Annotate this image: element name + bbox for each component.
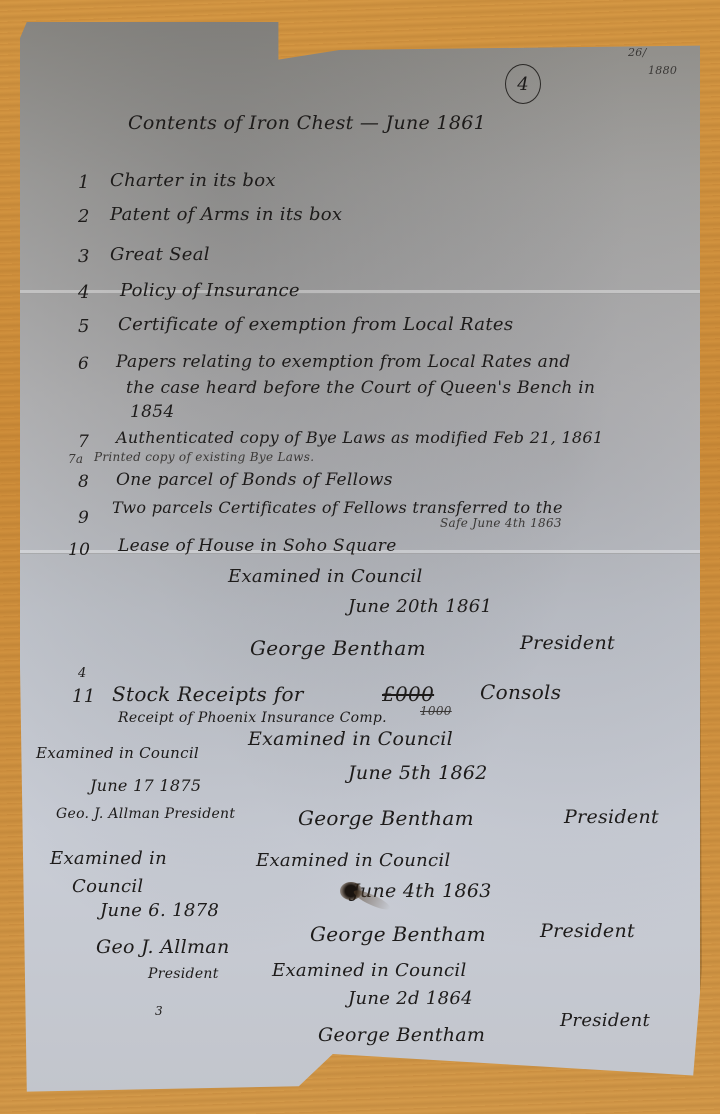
struck-amount: £000 — [382, 682, 434, 706]
list-item: One parcel of Bonds of Fellows — [116, 470, 393, 490]
list-item-subtext: Receipt of Phoenix Insurance Comp. — [118, 710, 387, 726]
list-item-continuation: 1854 — [130, 402, 174, 422]
list-item-number: 9 — [78, 508, 89, 528]
document-title: Contents of Iron Chest — June 1861 — [128, 112, 486, 134]
list-item: Certificate of exemption from Local Rate… — [118, 314, 513, 335]
list-item: Policy of Insurance — [120, 280, 300, 301]
list-item: Papers relating to exemption from Local … — [116, 352, 571, 372]
signature-title: President — [560, 1010, 650, 1031]
list-item-superscript: 4 — [78, 666, 87, 681]
circled-folio-number: 4 — [505, 64, 541, 104]
signature: George Bentham — [318, 1024, 485, 1046]
list-item-number: 7a — [68, 452, 83, 466]
list-item: Two parcels Certificates of Fellows tran… — [112, 498, 563, 517]
examination-date: June 6. 1878 — [100, 900, 219, 921]
list-item: Charter in its box — [110, 170, 276, 191]
list-item: Consols — [480, 680, 561, 704]
examination-line: Examined in Council — [256, 850, 451, 871]
corrected-amount: 1000 — [420, 704, 452, 718]
signature-title: President — [148, 966, 219, 982]
corner-reference-bottom: 1880 — [648, 64, 677, 77]
signature-title: President — [520, 632, 615, 654]
list-item-number: 1 — [78, 172, 90, 193]
list-item: Authenticated copy of Bye Laws as modifi… — [116, 428, 603, 447]
examination-date: June 2d 1864 — [348, 988, 473, 1009]
list-item-continuation: the case heard before the Court of Queen… — [126, 378, 595, 398]
examination-line: Examined in Council — [272, 960, 467, 981]
examination-date: June 17 1875 — [90, 776, 201, 795]
list-item: Patent of Arms in its box — [110, 204, 342, 225]
signature: George Bentham — [310, 922, 486, 946]
signature: George Bentham — [298, 806, 474, 830]
signature: Geo. J. Allman President — [56, 806, 235, 822]
examination-line: Examined in Council — [248, 728, 453, 750]
list-item: Great Seal — [110, 244, 210, 265]
signature: George Bentham — [250, 636, 426, 660]
signature-title: President — [564, 806, 659, 828]
list-item: Lease of House in Soho Square — [118, 536, 397, 556]
list-item-number: 11 — [72, 686, 96, 707]
folio-number: 4 — [517, 74, 528, 95]
list-item: Stock Receipts for — [112, 682, 304, 706]
corner-reference-top: 26/ — [628, 46, 647, 59]
list-item-number: 10 — [68, 540, 90, 560]
list-item-number: 3 — [78, 246, 90, 267]
examination-line: Examined in Council — [36, 744, 199, 762]
examination-line: Examined in Council — [228, 566, 423, 587]
list-item-number: 7 — [78, 432, 89, 452]
list-item-number: 5 — [78, 316, 90, 337]
signature-title: President — [540, 920, 635, 942]
list-item: Printed copy of existing Bye Laws. — [94, 450, 314, 464]
examination-line: Examined in — [50, 848, 167, 869]
marginal-mark: 3 — [155, 1004, 163, 1018]
examination-date: June 20th 1861 — [348, 596, 492, 617]
list-item-number: 6 — [78, 354, 89, 374]
list-item-number: 8 — [78, 472, 89, 492]
list-item-number: 4 — [78, 282, 90, 303]
signature: Geo J. Allman — [96, 936, 229, 958]
examination-line: Council — [72, 876, 144, 897]
examination-date: June 5th 1862 — [348, 762, 488, 784]
list-item-number: 2 — [78, 206, 90, 227]
list-item-note: Safe June 4th 1863 — [440, 516, 562, 530]
